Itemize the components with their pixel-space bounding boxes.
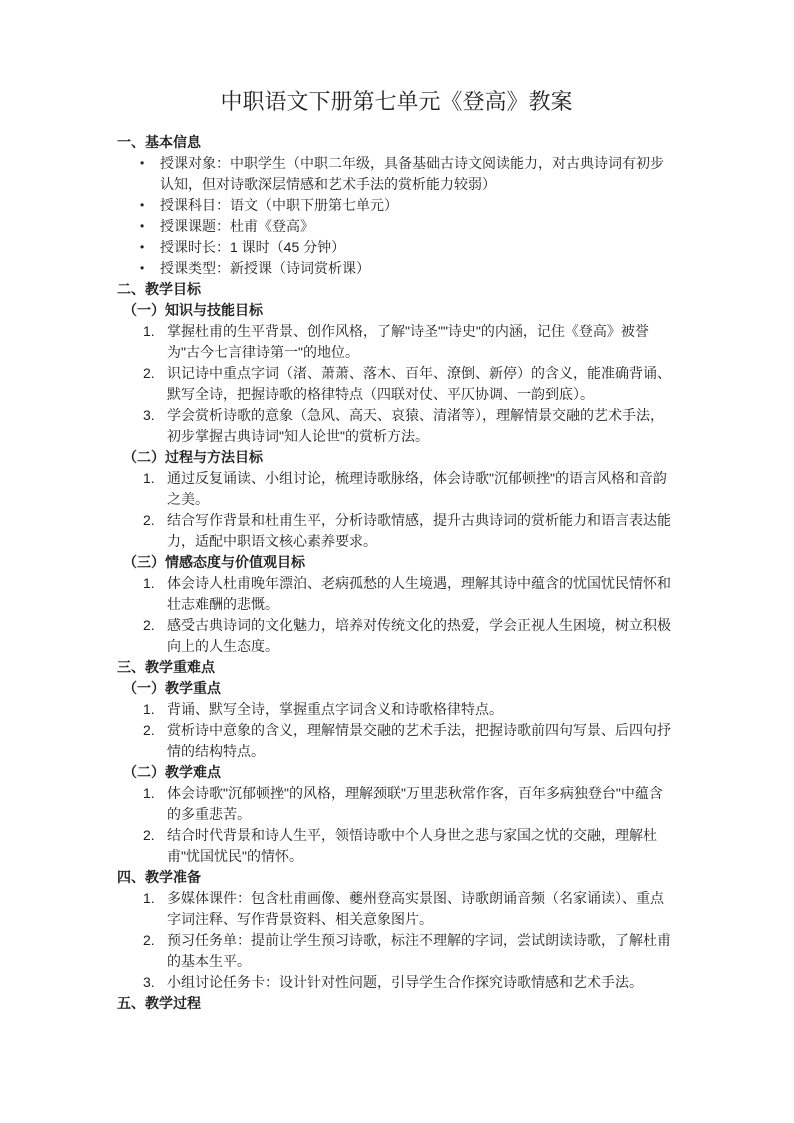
item-text: 授课类型：新授课（诗词赏析课） [160, 258, 676, 279]
subsection-knowledge-skills: （一）知识与技能目标 1. 掌握杜甫的生平背景、创作风格，了解"诗圣""诗史"的… [117, 300, 676, 447]
section-basic-info: 一、基本信息 • 授课对象：中职学生（中职二年级，具备基础古诗文阅读能力，对古典… [117, 132, 676, 279]
item-text: 体会诗歌"沉郁顿挫"的风格，理解颈联"万里悲秋常作客，百年多病独登台"中蕴含的多… [167, 783, 676, 825]
bullet-item: • 授课类型：新授课（诗词赏析课） [117, 258, 676, 279]
list-number: 1. [143, 888, 167, 930]
item-text: 授课课题：杜甫《登高》 [160, 216, 676, 237]
numbered-item: 2. 结合写作背景和杜甫生平，分析诗歌情感，提升古典诗词的赏析能力和语言表达能力… [117, 510, 676, 552]
item-text: 授课科目：语文（中职下册第七单元） [160, 195, 676, 216]
subsection-heading: （一）教学重点 [117, 678, 676, 699]
item-text: 通过反复诵读、小组讨论，梳理诗歌脉络，体会诗歌"沉郁顿挫"的语言风格和音韵之美。 [167, 468, 676, 510]
bullet-marker: • [140, 258, 160, 279]
subsection-heading: （三）情感态度与价值观目标 [117, 552, 676, 573]
section-teaching-goals: 二、教学目标 （一）知识与技能目标 1. 掌握杜甫的生平背景、创作风格，了解"诗… [117, 279, 676, 657]
section-heading: 一、基本信息 [117, 132, 676, 153]
bullet-marker: • [140, 237, 160, 258]
numbered-item: 1. 多媒体课件：包含杜甫画像、夔州登高实景图、诗歌朗诵音频（名家诵读）、重点字… [117, 888, 676, 930]
subsection-heading: （二）教学难点 [117, 762, 676, 783]
list-number: 2. [143, 930, 167, 972]
item-text: 赏析诗中意象的含义，理解情景交融的艺术手法，把握诗歌前四句写景、后四句抒情的结构… [167, 720, 676, 762]
bullet-item: • 授课科目：语文（中职下册第七单元） [117, 195, 676, 216]
numbered-item: 3. 学会赏析诗歌的意象（急风、高天、哀猿、清渚等），理解情景交融的艺术手法，初… [117, 405, 676, 447]
numbered-item: 2. 结合时代背景和诗人生平，领悟诗歌中个人身世之悲与家国之忧的交融，理解杜甫"… [117, 825, 676, 867]
item-text: 学会赏析诗歌的意象（急风、高天、哀猿、清渚等），理解情景交融的艺术手法，初步掌握… [167, 405, 676, 447]
section-teaching-preparation: 四、教学准备 1. 多媒体课件：包含杜甫画像、夔州登高实景图、诗歌朗诵音频（名家… [117, 867, 676, 993]
numbered-item: 2. 预习任务单：提前让学生预习诗歌，标注不理解的字词，尝试朗读诗歌，了解杜甫的… [117, 930, 676, 972]
list-number: 3. [143, 972, 167, 993]
item-text: 背诵、默写全诗，掌握重点字词含义和诗歌格律特点。 [167, 699, 676, 720]
subsection-teaching-key-points: （一）教学重点 1. 背诵、默写全诗，掌握重点字词含义和诗歌格律特点。 2. 赏… [117, 678, 676, 762]
item-text: 预习任务单：提前让学生预习诗歌，标注不理解的字词，尝试朗读诗歌，了解杜甫的基本生… [167, 930, 676, 972]
subsection-heading: （一）知识与技能目标 [117, 300, 676, 321]
bullet-marker: • [140, 153, 160, 195]
list-number: 1. [143, 468, 167, 510]
section-heading: 二、教学目标 [117, 279, 676, 300]
item-text: 授课时长：1 课时（45 分钟） [160, 237, 676, 258]
document-page: 中职语文下册第七单元《登高》教案 一、基本信息 • 授课对象：中职学生（中职二年… [0, 0, 794, 1123]
section-heading: 三、教学重难点 [117, 657, 676, 678]
numbered-item: 1. 通过反复诵读、小组讨论，梳理诗歌脉络，体会诗歌"沉郁顿挫"的语言风格和音韵… [117, 468, 676, 510]
bullet-item: • 授课对象：中职学生（中职二年级，具备基础古诗文阅读能力，对古典诗词有初步认知… [117, 153, 676, 195]
numbered-item: 2. 识记诗中重点字词（渚、萧萧、落木、百年、潦倒、新停）的含义，能准确背诵、默… [117, 363, 676, 405]
numbered-item: 1. 掌握杜甫的生平背景、创作风格，了解"诗圣""诗史"的内涵，记住《登高》被誉… [117, 321, 676, 363]
subsection-heading: （二）过程与方法目标 [117, 447, 676, 468]
numbered-item: 2. 赏析诗中意象的含义，理解情景交融的艺术手法，把握诗歌前四句写景、后四句抒情… [117, 720, 676, 762]
list-number: 1. [143, 783, 167, 825]
item-text: 结合时代背景和诗人生平，领悟诗歌中个人身世之悲与家国之忧的交融，理解杜甫"忧国忧… [167, 825, 676, 867]
section-heading: 五、教学过程 [117, 993, 676, 1014]
numbered-item: 2. 感受古典诗词的文化魅力，培养对传统文化的热爱，学会正视人生困境，树立积极向… [117, 615, 676, 657]
section-heading: 四、教学准备 [117, 867, 676, 888]
subsection-emotion-values: （三）情感态度与价值观目标 1. 体会诗人杜甫晚年漂泊、老病孤愁的人生境遇，理解… [117, 552, 676, 657]
item-text: 小组讨论任务卡：设计针对性问题，引导学生合作探究诗歌情感和艺术手法。 [167, 972, 676, 993]
list-number: 2. [143, 510, 167, 552]
list-number: 1. [143, 573, 167, 615]
bullet-item: • 授课时长：1 课时（45 分钟） [117, 237, 676, 258]
bullet-marker: • [140, 195, 160, 216]
numbered-item: 1. 体会诗人杜甫晚年漂泊、老病孤愁的人生境遇，理解其诗中蕴含的忧国忧民情怀和壮… [117, 573, 676, 615]
doc-title: 中职语文下册第七单元《登高》教案 [117, 86, 676, 117]
bullet-item: • 授课课题：杜甫《登高》 [117, 216, 676, 237]
item-text: 结合写作背景和杜甫生平，分析诗歌情感，提升古典诗词的赏析能力和语言表达能力，适配… [167, 510, 676, 552]
item-text: 授课对象：中职学生（中职二年级，具备基础古诗文阅读能力，对古典诗词有初步认知，但… [160, 153, 676, 195]
item-text: 感受古典诗词的文化魅力，培养对传统文化的热爱，学会正视人生困境，树立积极向上的人… [167, 615, 676, 657]
item-text: 多媒体课件：包含杜甫画像、夔州登高实景图、诗歌朗诵音频（名家诵读）、重点字词注释… [167, 888, 676, 930]
item-text: 体会诗人杜甫晚年漂泊、老病孤愁的人生境遇，理解其诗中蕴含的忧国忧民情怀和壮志难酬… [167, 573, 676, 615]
list-number: 2. [143, 720, 167, 762]
list-number: 2. [143, 615, 167, 657]
list-number: 2. [143, 825, 167, 867]
numbered-item: 1. 体会诗歌"沉郁顿挫"的风格，理解颈联"万里悲秋常作客，百年多病独登台"中蕴… [117, 783, 676, 825]
subsection-process-method: （二）过程与方法目标 1. 通过反复诵读、小组讨论，梳理诗歌脉络，体会诗歌"沉郁… [117, 447, 676, 552]
bullet-marker: • [140, 216, 160, 237]
numbered-item: 3. 小组讨论任务卡：设计针对性问题，引导学生合作探究诗歌情感和艺术手法。 [117, 972, 676, 993]
list-number: 1. [143, 699, 167, 720]
section-teaching-process: 五、教学过程 [117, 993, 676, 1014]
subsection-teaching-difficulties: （二）教学难点 1. 体会诗歌"沉郁顿挫"的风格，理解颈联"万里悲秋常作客，百年… [117, 762, 676, 867]
numbered-item: 1. 背诵、默写全诗，掌握重点字词含义和诗歌格律特点。 [117, 699, 676, 720]
item-text: 掌握杜甫的生平背景、创作风格，了解"诗圣""诗史"的内涵，记住《登高》被誉为"古… [167, 321, 676, 363]
list-number: 3. [143, 405, 167, 447]
section-key-difficult-points: 三、教学重难点 （一）教学重点 1. 背诵、默写全诗，掌握重点字词含义和诗歌格律… [117, 657, 676, 867]
item-text: 识记诗中重点字词（渚、萧萧、落木、百年、潦倒、新停）的含义，能准确背诵、默写全诗… [167, 363, 676, 405]
list-number: 2. [143, 363, 167, 405]
list-number: 1. [143, 321, 167, 363]
